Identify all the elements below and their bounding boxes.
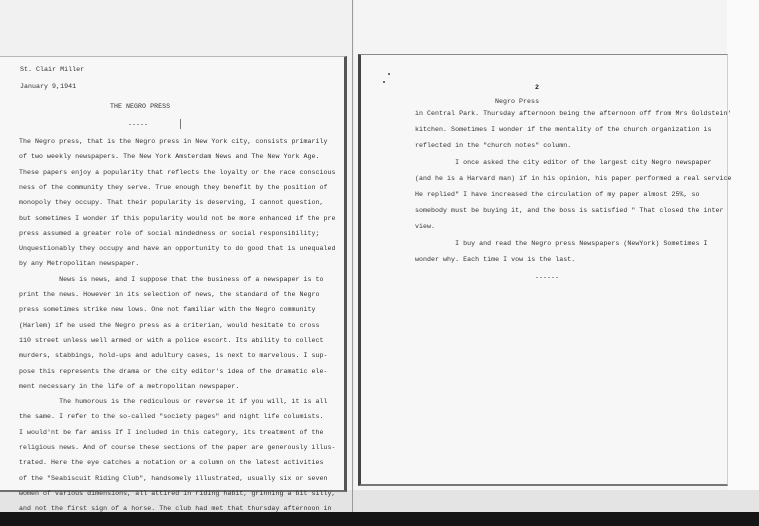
text-line: print the news. However in its selection… bbox=[19, 288, 320, 301]
text-line: women of various dimensions, all attired… bbox=[19, 487, 336, 500]
page-1-text: St. Clair Miller January 9,1941 THE NEGR… bbox=[0, 57, 344, 487]
text-line: The Negro press, that is the Negro press… bbox=[19, 135, 328, 148]
paper-speck bbox=[388, 73, 390, 75]
text-line: trated. Here the eye catches a notation … bbox=[19, 456, 324, 469]
document-title: THE NEGRO PRESS bbox=[110, 100, 170, 113]
paper-speck bbox=[383, 81, 385, 83]
gutter-line bbox=[352, 0, 353, 512]
text-line: I once asked the city editor of the larg… bbox=[415, 156, 712, 169]
text-line: in Central Park. Thursday afternoon bein… bbox=[415, 107, 732, 120]
text-line: press sometimes strike new lows. One not… bbox=[19, 303, 316, 316]
text-line: (Harlem) if he used the Negro press as a… bbox=[19, 319, 320, 332]
text-line: monopoly they occupy. That their popular… bbox=[19, 196, 324, 209]
text-line: the same. I refer to the so-called "soci… bbox=[19, 410, 324, 423]
text-line: but sometimes I wonder if this popularit… bbox=[19, 212, 336, 225]
text-line: press assumed a greater role of social m… bbox=[19, 227, 320, 240]
date-line: January 9,1941 bbox=[20, 80, 76, 93]
page-1: St. Clair Miller January 9,1941 THE NEGR… bbox=[0, 56, 347, 492]
background-right-margin bbox=[727, 0, 759, 512]
page-2: 2 Negro Press in Central Park. Thursday … bbox=[358, 54, 728, 486]
text-line: wonder why. Each time I vow is the last. bbox=[415, 253, 575, 266]
text-line: kitchen. Sometimes I wonder if the menta… bbox=[415, 123, 712, 136]
page-number: 2 bbox=[535, 81, 539, 94]
text-line: view. bbox=[415, 220, 435, 233]
text-line: of the "Seabiscuit Riding Club", handsom… bbox=[19, 472, 328, 485]
text-line: ment necessary in the life of a metropol… bbox=[19, 380, 239, 393]
text-line: by any Metropolitan newspaper. bbox=[19, 257, 139, 270]
text-line: ness of the community they serve. True e… bbox=[19, 181, 328, 194]
text-line: religious news. And of course these sect… bbox=[19, 441, 336, 454]
text-line: I buy and read the Negro press Newspaper… bbox=[415, 237, 708, 250]
text-line: 110 street unless well armed or with a p… bbox=[19, 334, 324, 347]
text-line: somebody must be buying it, and the boss… bbox=[415, 204, 724, 217]
page-2-text: 2 Negro Press in Central Park. Thursday … bbox=[361, 55, 727, 485]
pencil-mark bbox=[180, 119, 181, 129]
text-line: of two weekly newspapers. The New York A… bbox=[19, 150, 320, 163]
text-line: pose this represents the drama or the ci… bbox=[19, 365, 328, 378]
author-line: St. Clair Miller bbox=[20, 63, 84, 76]
text-line: I would'nt be far amiss If I included in… bbox=[19, 426, 324, 439]
text-line: (and he is a Harvard man) if in his opin… bbox=[415, 172, 732, 185]
title-rule: ----- bbox=[128, 118, 148, 131]
text-line: Unquestionably they occupy and have an o… bbox=[19, 242, 336, 255]
text-line: He replied" I have increased the circula… bbox=[415, 188, 700, 201]
end-rule: ------ bbox=[535, 271, 559, 284]
text-line: reflected in the "church notes" column. bbox=[415, 139, 571, 152]
text-line: murders, stabbings, hold-ups and adultur… bbox=[19, 349, 328, 362]
text-line: These papers enjoy a popularity that ref… bbox=[19, 166, 336, 179]
text-line: and not the first sign of a horse. The c… bbox=[19, 502, 332, 515]
text-line: News is news, and I suppose that the bus… bbox=[19, 273, 324, 286]
text-line: The humorous is the rediculous or revers… bbox=[19, 395, 328, 408]
